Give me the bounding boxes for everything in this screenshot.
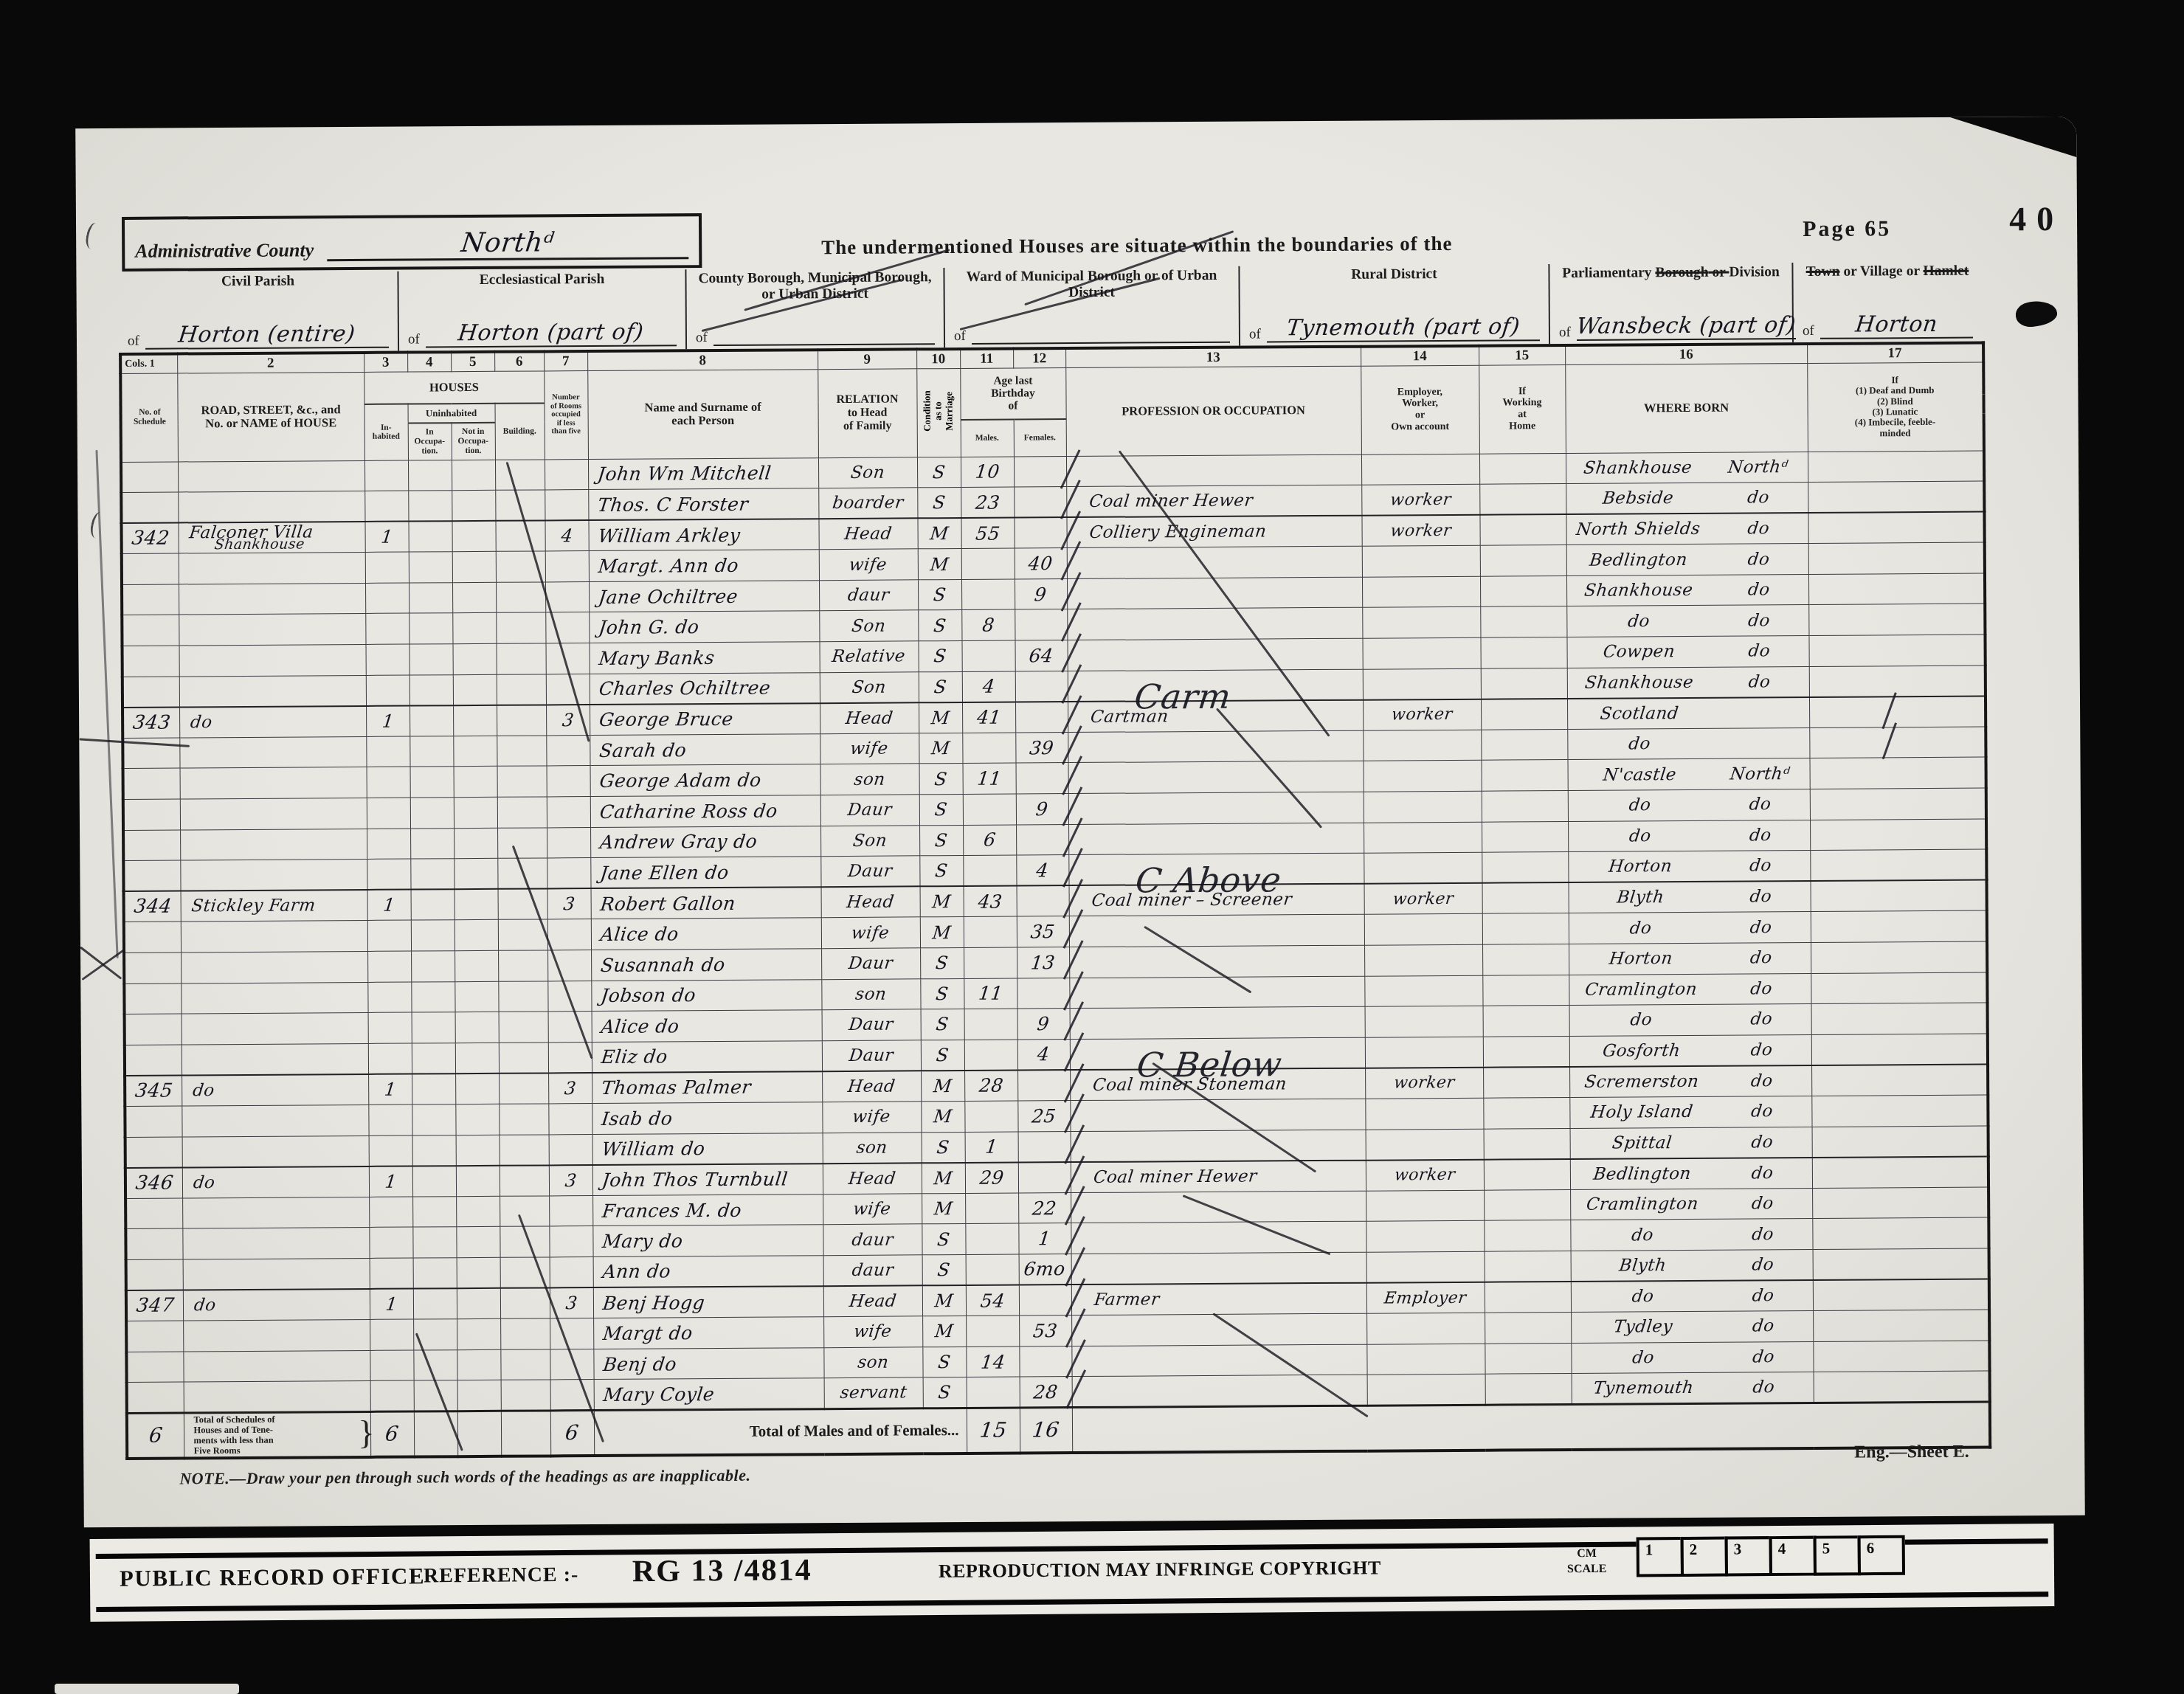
cell-infirmity [1812,1156,1988,1188]
cell-name: Frances M. do [592,1194,823,1225]
cell-workhome [1485,1374,1572,1405]
cell-rooms [549,1226,592,1257]
cell-inhabited: 1 [366,705,409,736]
cell-employer: worker [1364,883,1482,915]
cell-address [181,982,367,1014]
cell-workhome [1480,575,1566,606]
district-box-label: Ecclesiastical Parish [398,269,685,289]
cell-employer [1365,1037,1483,1068]
district-box-value: of [945,317,1239,345]
cell-notinoccupation [455,920,498,951]
cell-building [499,1104,548,1135]
cell-age-male [964,1009,1017,1040]
cell-address [180,798,367,829]
cell-whereborn: dodo [1569,912,1811,944]
cell-age-male [967,1377,1020,1408]
cell-whereborn: Gosforthdo [1569,1034,1811,1067]
cell-age-female: 22 [1018,1192,1071,1223]
cell-condition: S [920,947,964,978]
cell-workhome [1484,1189,1570,1220]
cell-notinoccupation [456,1227,500,1258]
cell-building [497,643,546,674]
reference-label: REFERENCE :- [424,1563,579,1588]
occupation-annotation: C Above [1133,860,1283,901]
district-box-value: ofHorton [1794,311,1982,340]
cell-age-male [965,1223,1018,1254]
district-box-label: Ward of Municipal Borough or of Urban Di… [944,266,1238,302]
cell-infirmity [1814,1371,1990,1403]
cell-workhome [1479,484,1566,515]
cell-notinoccupation [452,613,496,644]
cell-schedule: 346 [125,1167,182,1198]
cell-building [500,1349,550,1380]
col-road-header: ROAD, STREET, &c., and No. or NAME of HO… [177,372,364,462]
cell-age-male: 11 [963,763,1016,794]
cell-schedule [122,553,179,584]
cell-employer: worker [1361,484,1479,516]
cell-relation: wife [819,549,918,580]
cell-notinoccupation [455,950,498,981]
cell-condition: S [917,488,961,519]
cell-name: Sarah do [590,733,820,765]
cell-address [181,921,367,953]
cell-inoccupation [411,951,455,982]
scan-page: { "meta": { "page_label": "Page 65", "ma… [0,0,2184,1694]
totals-rooms-cell: 6 [550,1410,594,1456]
col-notinoccupation-header: Not in Occupa- tion. [452,423,495,460]
cell-rooms [549,1195,592,1226]
cell-age-female: 4 [1017,1039,1070,1070]
district-box-label: Civil Parish [118,272,397,291]
cell-address [182,1104,368,1136]
cell-age-male: 10 [961,457,1014,488]
cell-employer [1367,1374,1485,1406]
cell-notinoccupation [452,552,496,583]
cell-name: Mary do [592,1225,823,1256]
cell-name: Thomas Palmer [592,1071,822,1103]
cell-building [500,1318,550,1349]
cell-inhabited [366,736,409,767]
cell-age-male: 14 [966,1346,1019,1377]
cell-age-female: 28 [1020,1377,1072,1408]
cell-inhabited [365,583,409,614]
totals-label-cell: Total of Schedules of Houses and of Tene… [184,1411,370,1458]
cell-whereborn: N'castleNorthᵈ [1567,758,1809,791]
cell-profession [1066,454,1361,487]
cell-workhome [1479,514,1566,545]
cell-infirmity [1810,788,1986,820]
cell-employer [1366,1221,1484,1253]
cell-employer [1362,607,1480,639]
cell-infirmity [1811,972,1987,1004]
cell-inhabited [368,1104,412,1135]
ruler-cell: 1 [1637,1537,1684,1577]
cell-whereborn: ShankhouseNorthᵈ [1566,452,1808,484]
cell-condition: S [918,641,961,672]
pro-reference-bar: PUBLIC RECORD OFFICE REFERENCE :- RG 13 … [90,1524,2055,1622]
cell-whereborn: dodo [1571,1280,1813,1313]
cell-notinoccupation [457,1318,500,1349]
cell-whereborn: Tydleydo [1571,1311,1813,1344]
cell-rooms [550,1256,593,1287]
cell-building [497,828,547,859]
cell-whereborn: dodo [1569,1004,1811,1037]
cell-schedule [122,584,179,615]
cell-notinoccupation [453,674,497,705]
cell-workhome [1485,1251,1571,1282]
cell-inoccupation [412,1104,455,1135]
cell-condition: M [919,702,962,733]
cell-employer [1365,1006,1483,1037]
cell-age-female: 64 [1015,640,1067,671]
cell-condition: S [920,978,964,1009]
cell-profession: Colliery Engineman [1066,516,1361,548]
cell-schedule [125,1014,182,1045]
cell-notinoccupation [456,1135,500,1166]
cell-building [500,1196,549,1227]
cell-condition: M [922,1316,966,1347]
cell-age-female: 4 [1016,855,1068,886]
cell-infirmity [1809,696,1986,727]
cell-employer: worker [1366,1159,1484,1191]
cell-address: do [183,1289,370,1321]
cell-schedule [124,953,181,983]
cell-notinoccupation [457,1257,500,1288]
cell-profession [1071,1130,1366,1162]
bar-rule [96,1591,2048,1612]
cell-workhome [1480,606,1566,637]
cell-profession [1069,915,1364,947]
totals-inhabited-cell: 6 [370,1411,414,1457]
cell-rooms [545,581,589,612]
cell-infirmity [1812,1187,1988,1219]
cell-age-male: 6 [963,825,1016,856]
cell-infirmity [1811,1034,1988,1065]
cell-infirmity [1811,1064,1988,1096]
cell-inoccupation [412,1166,456,1197]
cell-infirmity [1811,910,1987,942]
cell-relation: Daur [822,1009,921,1040]
cell-relation: wife [823,1194,922,1225]
cell-rooms [548,1012,592,1043]
cell-rooms [547,827,590,858]
cell-rooms [545,490,588,521]
sheet-label: Eng.—Sheet E. [1854,1442,1969,1463]
cell-inoccupation [413,1349,457,1380]
cell-infirmity [1808,604,1985,635]
cell-relation: son [820,764,919,795]
column-number: 7 [544,351,587,370]
cell-age-male: 29 [965,1162,1018,1193]
cell-infirmity [1808,635,1985,666]
cell-employer [1365,1098,1483,1130]
cell-age-male: 41 [962,702,1015,733]
totals-brace: } [358,1413,374,1452]
cell-schedule [123,768,180,799]
cell-relation: Head [822,1071,921,1102]
col-employer-header: Employer, Worker, or Own account [1361,365,1479,454]
col-condition-header: Condition as to Marriage [916,368,961,457]
cell-schedule [122,677,179,708]
cell-workhome [1482,821,1568,852]
cell-building [498,950,547,981]
cell-building [496,551,545,582]
cell-whereborn: Hortondo [1568,851,1810,883]
cell-condition: M [921,1101,964,1132]
cell-profession: Farmer [1071,1283,1366,1316]
cell-building [495,521,545,552]
cell-building [500,1287,550,1318]
cell-rooms [550,1380,594,1411]
cell-inhabited: 1 [370,1289,413,1320]
cell-age-female [1016,824,1068,855]
cell-infirmity [1809,727,1986,758]
cell-profession [1071,1252,1366,1285]
cell-relation: Daur [822,1040,921,1071]
cell-profession: Coal miner Hewer [1066,485,1361,517]
cell-whereborn: Shankhousedo [1566,574,1808,606]
cell-employer: worker [1363,699,1481,730]
cell-inoccupation [411,920,455,951]
cell-inoccupation [413,1288,457,1319]
cell-inoccupation [409,552,452,583]
cell-age-female [1019,1285,1071,1316]
cell-address [180,860,367,891]
column-number: 13 [1065,347,1361,367]
cell-infirmity [1810,819,1986,851]
cell-notinoccupation [456,1165,500,1196]
district-box: Parliamentary Borough or DivisionofWansb… [1549,263,1794,344]
cell-notinoccupation [454,767,497,798]
cell-address [179,614,365,646]
cell-schedule [123,799,180,830]
cell-workhome [1480,545,1566,576]
cell-notinoccupation [452,521,495,552]
cell-building [498,981,547,1012]
cell-notinoccupation [454,828,497,859]
district-box-label: Town or Village or Hamlet [1793,262,1981,281]
cell-relation: wife [820,733,919,764]
cell-name: Benj do [593,1347,823,1379]
cell-relation: Son [820,825,919,856]
cell-workhome [1483,1036,1569,1067]
cell-address [179,553,365,584]
cell-address: Falconer VillaShankhouse [179,522,365,553]
column-number: 16 [1565,344,1807,364]
cell-rooms [546,643,590,674]
cell-infirmity [1811,1003,1988,1034]
cell-whereborn: Bedlingtondo [1566,544,1808,576]
cell-age-male [966,1254,1019,1285]
cell-rooms: 3 [548,1073,592,1104]
cell-age-male: 55 [961,518,1014,549]
cell-condition: M [919,733,962,764]
cell-workhome [1482,882,1569,913]
cell-inoccupation [408,460,452,491]
cell-schedule: 345 [125,1075,182,1106]
cell-infirmity [1808,573,1985,605]
cell-building [495,459,545,490]
cell-whereborn: Blythdo [1571,1249,1813,1282]
occupation-annotation: Carm [1132,676,1233,716]
cell-age-female [1014,487,1066,518]
cell-inoccupation [412,1135,456,1166]
cell-name: John Wm Mitchell [588,457,818,489]
cell-profession [1069,976,1364,1009]
cell-notinoccupation [454,797,497,828]
cell-notinoccupation [453,705,497,736]
cell-age-female: 9 [1017,1009,1070,1040]
cell-infirmity [1810,849,1986,881]
district-box-label: Parliamentary Borough or Division [1549,263,1791,282]
cell-inhabited [368,1012,412,1043]
cell-inhabited [370,1258,413,1289]
piece-margin-number: 40 [2009,199,2064,238]
cell-name: Alice do [591,918,821,950]
cell-inoccupation [409,705,453,736]
cell-inhabited [370,1380,414,1411]
cell-inoccupation [412,1012,455,1043]
cell-profession [1068,823,1364,855]
cm-scale-label: CM SCALE [1567,1546,1607,1577]
cell-address [178,491,364,523]
cell-age-female [1017,978,1069,1009]
cell-whereborn: dodo [1570,1219,1812,1251]
cell-whereborn: North Shieldsdo [1566,513,1808,545]
cell-infirmity [1809,665,1986,697]
cell-schedule: 342 [122,523,179,554]
cell-profession [1071,1313,1366,1346]
cell-age-female: 9 [1016,794,1068,825]
cell-name: Susannah do [591,949,821,981]
cell-whereborn: Spittaldo [1570,1127,1812,1159]
cell-rooms [547,950,591,981]
cell-infirmity [1813,1310,1989,1341]
cell-notinoccupation [457,1380,501,1411]
cell-age-male: 23 [961,487,1014,518]
cell-schedule [125,1137,182,1168]
cell-name: Isab do [592,1102,822,1134]
cell-schedule [124,983,181,1014]
cell-employer [1364,791,1482,823]
cell-inhabited: 1 [367,890,411,921]
column-number: 11 [960,349,1013,368]
col-profession-header: PROFESSION OR OCCUPATION [1065,366,1361,456]
cell-employer [1362,545,1480,577]
cell-workhome [1482,852,1568,883]
cell-building [498,919,547,950]
cell-age-female [1015,702,1068,733]
cell-workhome [1484,1128,1570,1159]
cell-infirmity [1812,1217,1988,1249]
cell-name: Thos. C Forster [588,488,818,520]
column-number: 15 [1479,345,1565,365]
cell-notinoccupation [455,1104,499,1135]
cell-inhabited [369,1135,412,1166]
cell-employer: Employer [1366,1282,1485,1314]
cell-infirmity [1808,512,1984,544]
cell-inhabited [367,982,411,1013]
cell-inoccupation [413,1319,457,1350]
col-name-header: Name and Surname of each Person [587,369,818,459]
col-workhome-header: If Working at Home [1479,364,1566,454]
cell-profession [1071,1344,1366,1377]
cell-relation: son [823,1132,922,1163]
cell-schedule [125,1045,182,1076]
table-header: Cols. 1234567891011121314151617 No. of S… [120,343,1984,462]
col-houses-header: HOUSES [364,370,544,404]
cell-schedule [126,1321,183,1352]
cell-name: Mary Coyle [594,1378,824,1410]
cell-inoccupation [412,1196,456,1227]
cell-rooms [546,735,590,766]
district-box-label: Rural District [1240,264,1548,284]
cell-address: do [179,706,366,738]
cell-building [497,674,546,705]
cell-schedule: 343 [122,707,179,738]
cell-rooms: 4 [545,520,588,551]
cell-employer [1366,1251,1485,1283]
cell-relation: servant [824,1377,923,1408]
district-box: Town or Village or HamletofHorton [1793,262,1982,343]
cell-notinoccupation [456,1196,500,1227]
reference-number: RG 13 /4814 [632,1552,812,1589]
cell-building [497,766,547,797]
cell-schedule [122,646,179,677]
administrative-county-value: Northᵈ [460,227,556,258]
cell-profession [1067,608,1362,640]
cell-building [497,858,547,889]
cell-profession [1069,945,1364,978]
col-females-header: Females. [1014,419,1066,456]
cell-relation: Son [819,610,918,641]
cell-building [497,797,547,828]
column-number: 3 [364,353,407,372]
cell-infirmity [1808,542,1985,574]
cell-name: Charles Ochiltree [590,672,820,704]
cell-inhabited [366,675,409,706]
cell-condition: S [919,795,963,826]
cell-workhome [1482,760,1568,791]
cell-employer [1363,668,1481,700]
cell-relation: Head [823,1163,922,1194]
cell-notinoccupation [455,1043,499,1074]
cell-name: Catharine Ross do [590,795,820,827]
cell-whereborn: Cramlingtondo [1569,973,1811,1006]
cell-condition: M [920,886,964,917]
copyright-warning: REPRODUCTION MAY INFRINGE COPYRIGHT [939,1557,1381,1583]
cell-age-female: 35 [1017,916,1069,947]
cell-whereborn: dodo [1566,605,1808,637]
cell-profession [1070,1006,1365,1039]
cell-rooms: 3 [546,705,590,736]
cell-profession [1067,638,1362,671]
cell-rooms [545,612,589,643]
cell-address [183,1320,370,1352]
cell-inoccupation [410,859,454,890]
cell-age-female [1015,671,1068,702]
cell-inoccupation [408,521,452,552]
cell-name: George Bruce [590,703,820,735]
administrative-county-label: Administrative County [135,239,314,262]
cell-address: do [182,1074,368,1106]
cell-age-female: 39 [1015,732,1068,763]
cell-address [179,583,365,615]
cell-age-male [964,947,1017,978]
cell-relation: Head [823,1285,922,1316]
pen-tick [1882,722,1897,759]
cell-notinoccupation [457,1349,500,1380]
